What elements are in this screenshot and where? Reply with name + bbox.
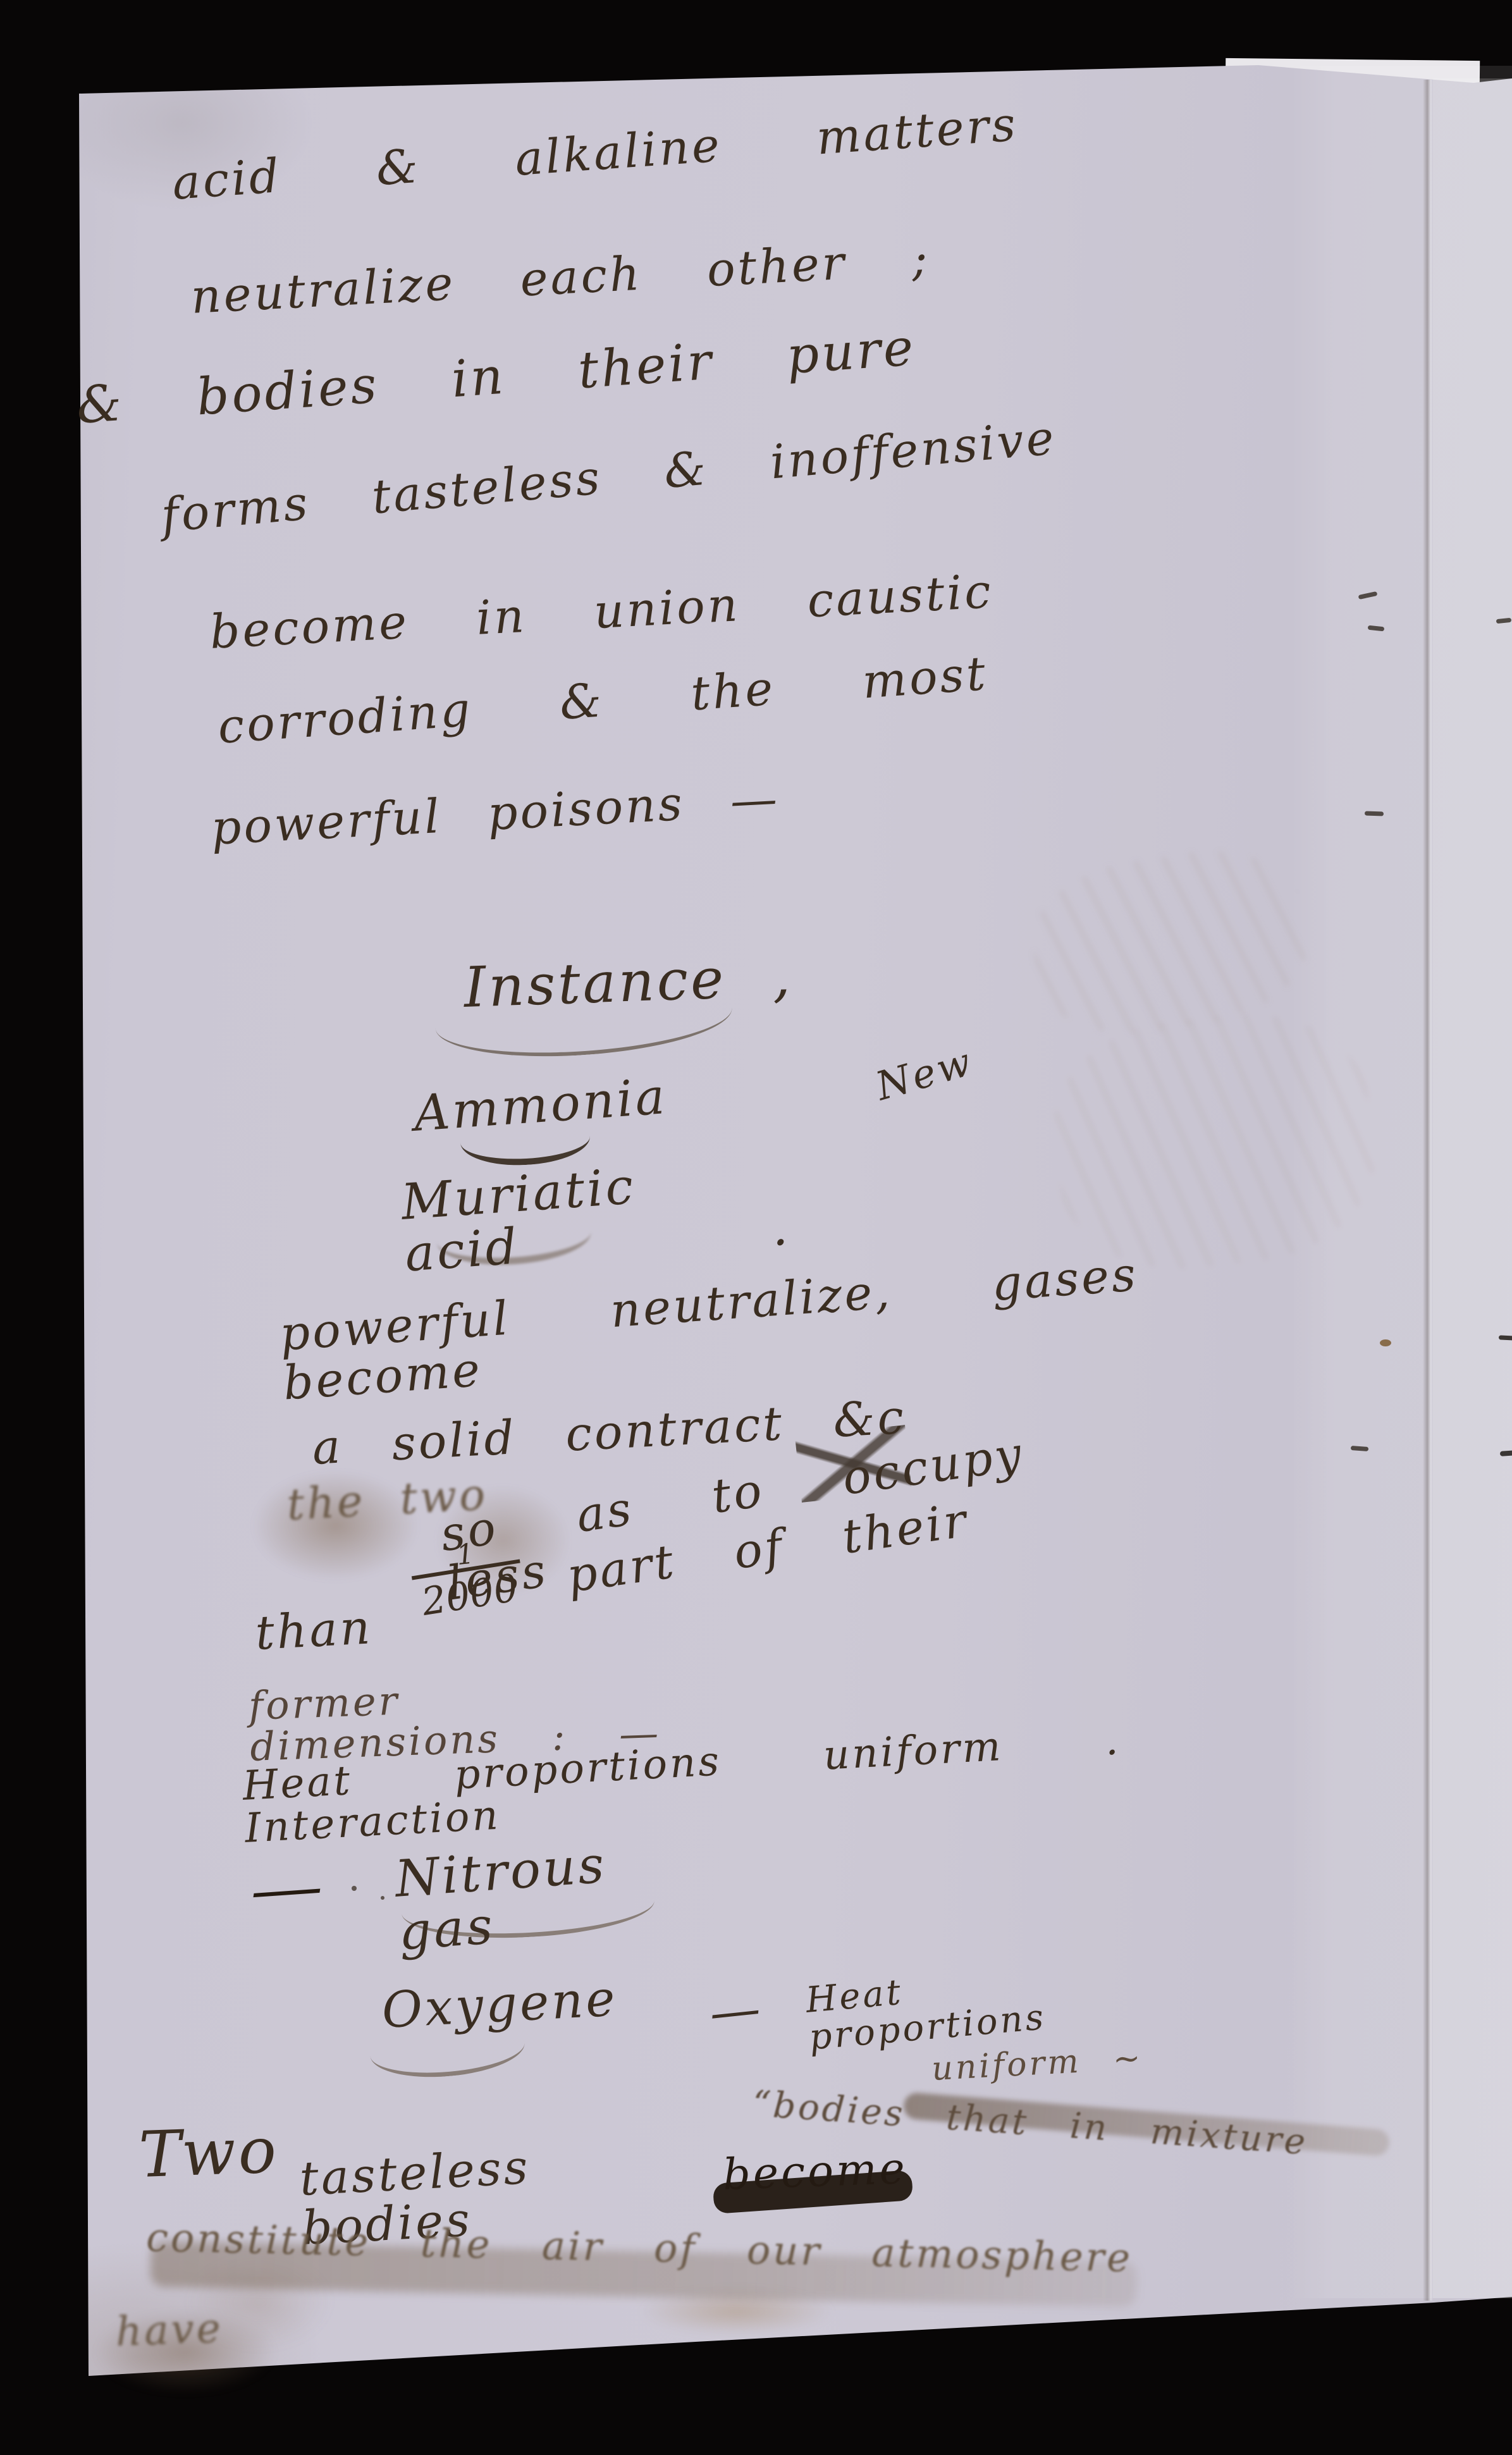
dash-before-nitrous: — — [248, 1854, 328, 1923]
word-than: than — [254, 1603, 374, 1658]
heading-oxygene: Oxygene — [381, 1974, 601, 2038]
stitch-hole — [1365, 811, 1384, 816]
struck-word-become: become — [722, 2146, 908, 2198]
manuscript-photo: acid & alkaline matters neutralize each … — [0, 0, 1512, 2455]
page-curved-margin — [1433, 78, 1512, 2298]
word-two: Two — [138, 2117, 280, 2188]
ink-speck — [352, 1886, 357, 1891]
fraction-one-two-thousandth: 1 2000 — [410, 1537, 526, 1620]
stitch-hole — [1500, 1450, 1512, 1456]
page-binding-crease — [1423, 80, 1433, 2301]
dash-after-oxygene: — — [707, 1981, 765, 2040]
ink-fleck — [1380, 1339, 1391, 1346]
smudged-word-have: have — [115, 2308, 224, 2354]
heading-instance: Instance , — [463, 947, 794, 1017]
fraction-numerator: 1 — [455, 1542, 476, 1568]
stitch-hole — [1499, 1335, 1512, 1340]
ink-speck — [381, 1896, 384, 1900]
